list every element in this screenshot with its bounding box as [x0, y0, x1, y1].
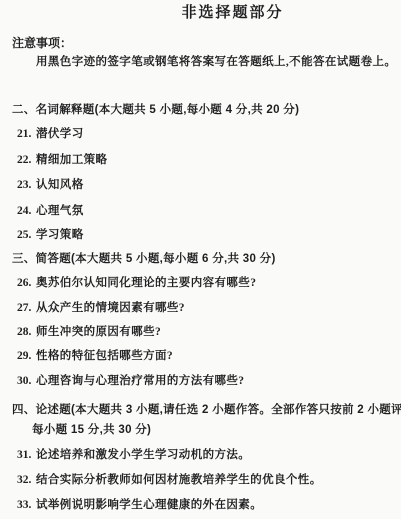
question-row-31: 31. 论述培养和激发小学生学习动机的方法。 [17, 449, 250, 462]
notice-text: 用黑色字迹的签字笔或钢笔将答案写在答题纸上,不能答在试题卷上。 [36, 56, 396, 69]
question-row-22: 22. 精细加工策略 [17, 154, 107, 167]
question-text: 试举例说明影响学生心理健康的外在因素。 [36, 499, 262, 512]
question-text: 论述培养和激发小学生学习动机的方法。 [36, 449, 250, 462]
question-number: 27. [17, 302, 36, 315]
question-text: 心理气氛 [36, 205, 84, 218]
question-text: 奥苏伯尔认知同化理论的主要内容有哪些? [36, 277, 256, 290]
question-row-27: 27. 从众产生的情境因素有哪些? [17, 302, 185, 315]
section-heading-2: 二、名词解释题(本大题共 5 小题,每小题 4 分,共 20 分) [12, 104, 299, 117]
exam-page: 非选择题部分 注意事项： 用黑色字迹的签字笔或钢笔将答案写在答题纸上,不能答在试… [0, 0, 401, 519]
question-number: 23. [17, 179, 36, 192]
question-row-33: 33. 试举例说明影响学生心理健康的外在因素。 [17, 499, 262, 512]
question-row-24: 24. 心理气氛 [17, 205, 84, 218]
question-number: 29. [17, 350, 36, 363]
question-row-28: 28. 师生冲突的原因有哪些? [17, 326, 161, 339]
question-number: 30. [17, 375, 36, 388]
section-heading-3: 三、简答题(本大题共 5 小题,每小题 6 分,共 30 分) [12, 253, 276, 266]
question-row-26: 26. 奥苏伯尔认知同化理论的主要内容有哪些? [17, 277, 256, 290]
question-number: 32. [17, 474, 36, 487]
section-heading-4-line2: 每小题 15 分,共 30 分) [32, 424, 151, 437]
question-number: 26. [17, 277, 36, 290]
question-text: 心理咨询与心理治疗常用的方法有哪些? [36, 375, 244, 388]
question-number: 25. [17, 229, 36, 242]
section-heading-4: 四、论述题(本大题共 3 小题,请任选 2 小题作答。全部作答只按前 2 小题评… [12, 404, 401, 417]
question-number: 24. [17, 205, 36, 218]
question-row-29: 29. 性格的特征包括哪些方面? [17, 350, 173, 363]
question-number: 21. [17, 128, 36, 141]
question-text: 学习策略 [36, 229, 84, 242]
question-row-25: 25. 学习策略 [17, 229, 84, 242]
question-text: 结合实际分析教师如何因材施教培养学生的优良个性。 [36, 474, 322, 487]
question-row-32: 32. 结合实际分析教师如何因材施教培养学生的优良个性。 [17, 474, 322, 487]
question-text: 师生冲突的原因有哪些? [36, 326, 161, 339]
page-title: 非选择题部分 [0, 6, 401, 19]
question-number: 28. [17, 326, 36, 339]
question-row-23: 23. 认知风格 [17, 179, 84, 192]
question-number: 33. [17, 499, 36, 512]
question-row-21: 21. 潜伏学习 [17, 128, 84, 141]
question-text: 从众产生的情境因素有哪些? [36, 302, 185, 315]
question-number: 22. [17, 154, 36, 167]
question-text: 认知风格 [36, 179, 84, 192]
question-number: 31. [17, 449, 36, 462]
notice-label: 注意事项： [12, 37, 72, 50]
question-row-30: 30. 心理咨询与心理治疗常用的方法有哪些? [17, 375, 244, 388]
question-text: 性格的特征包括哪些方面? [36, 350, 173, 363]
question-text: 潜伏学习 [36, 128, 84, 141]
question-text: 精细加工策略 [36, 154, 107, 167]
